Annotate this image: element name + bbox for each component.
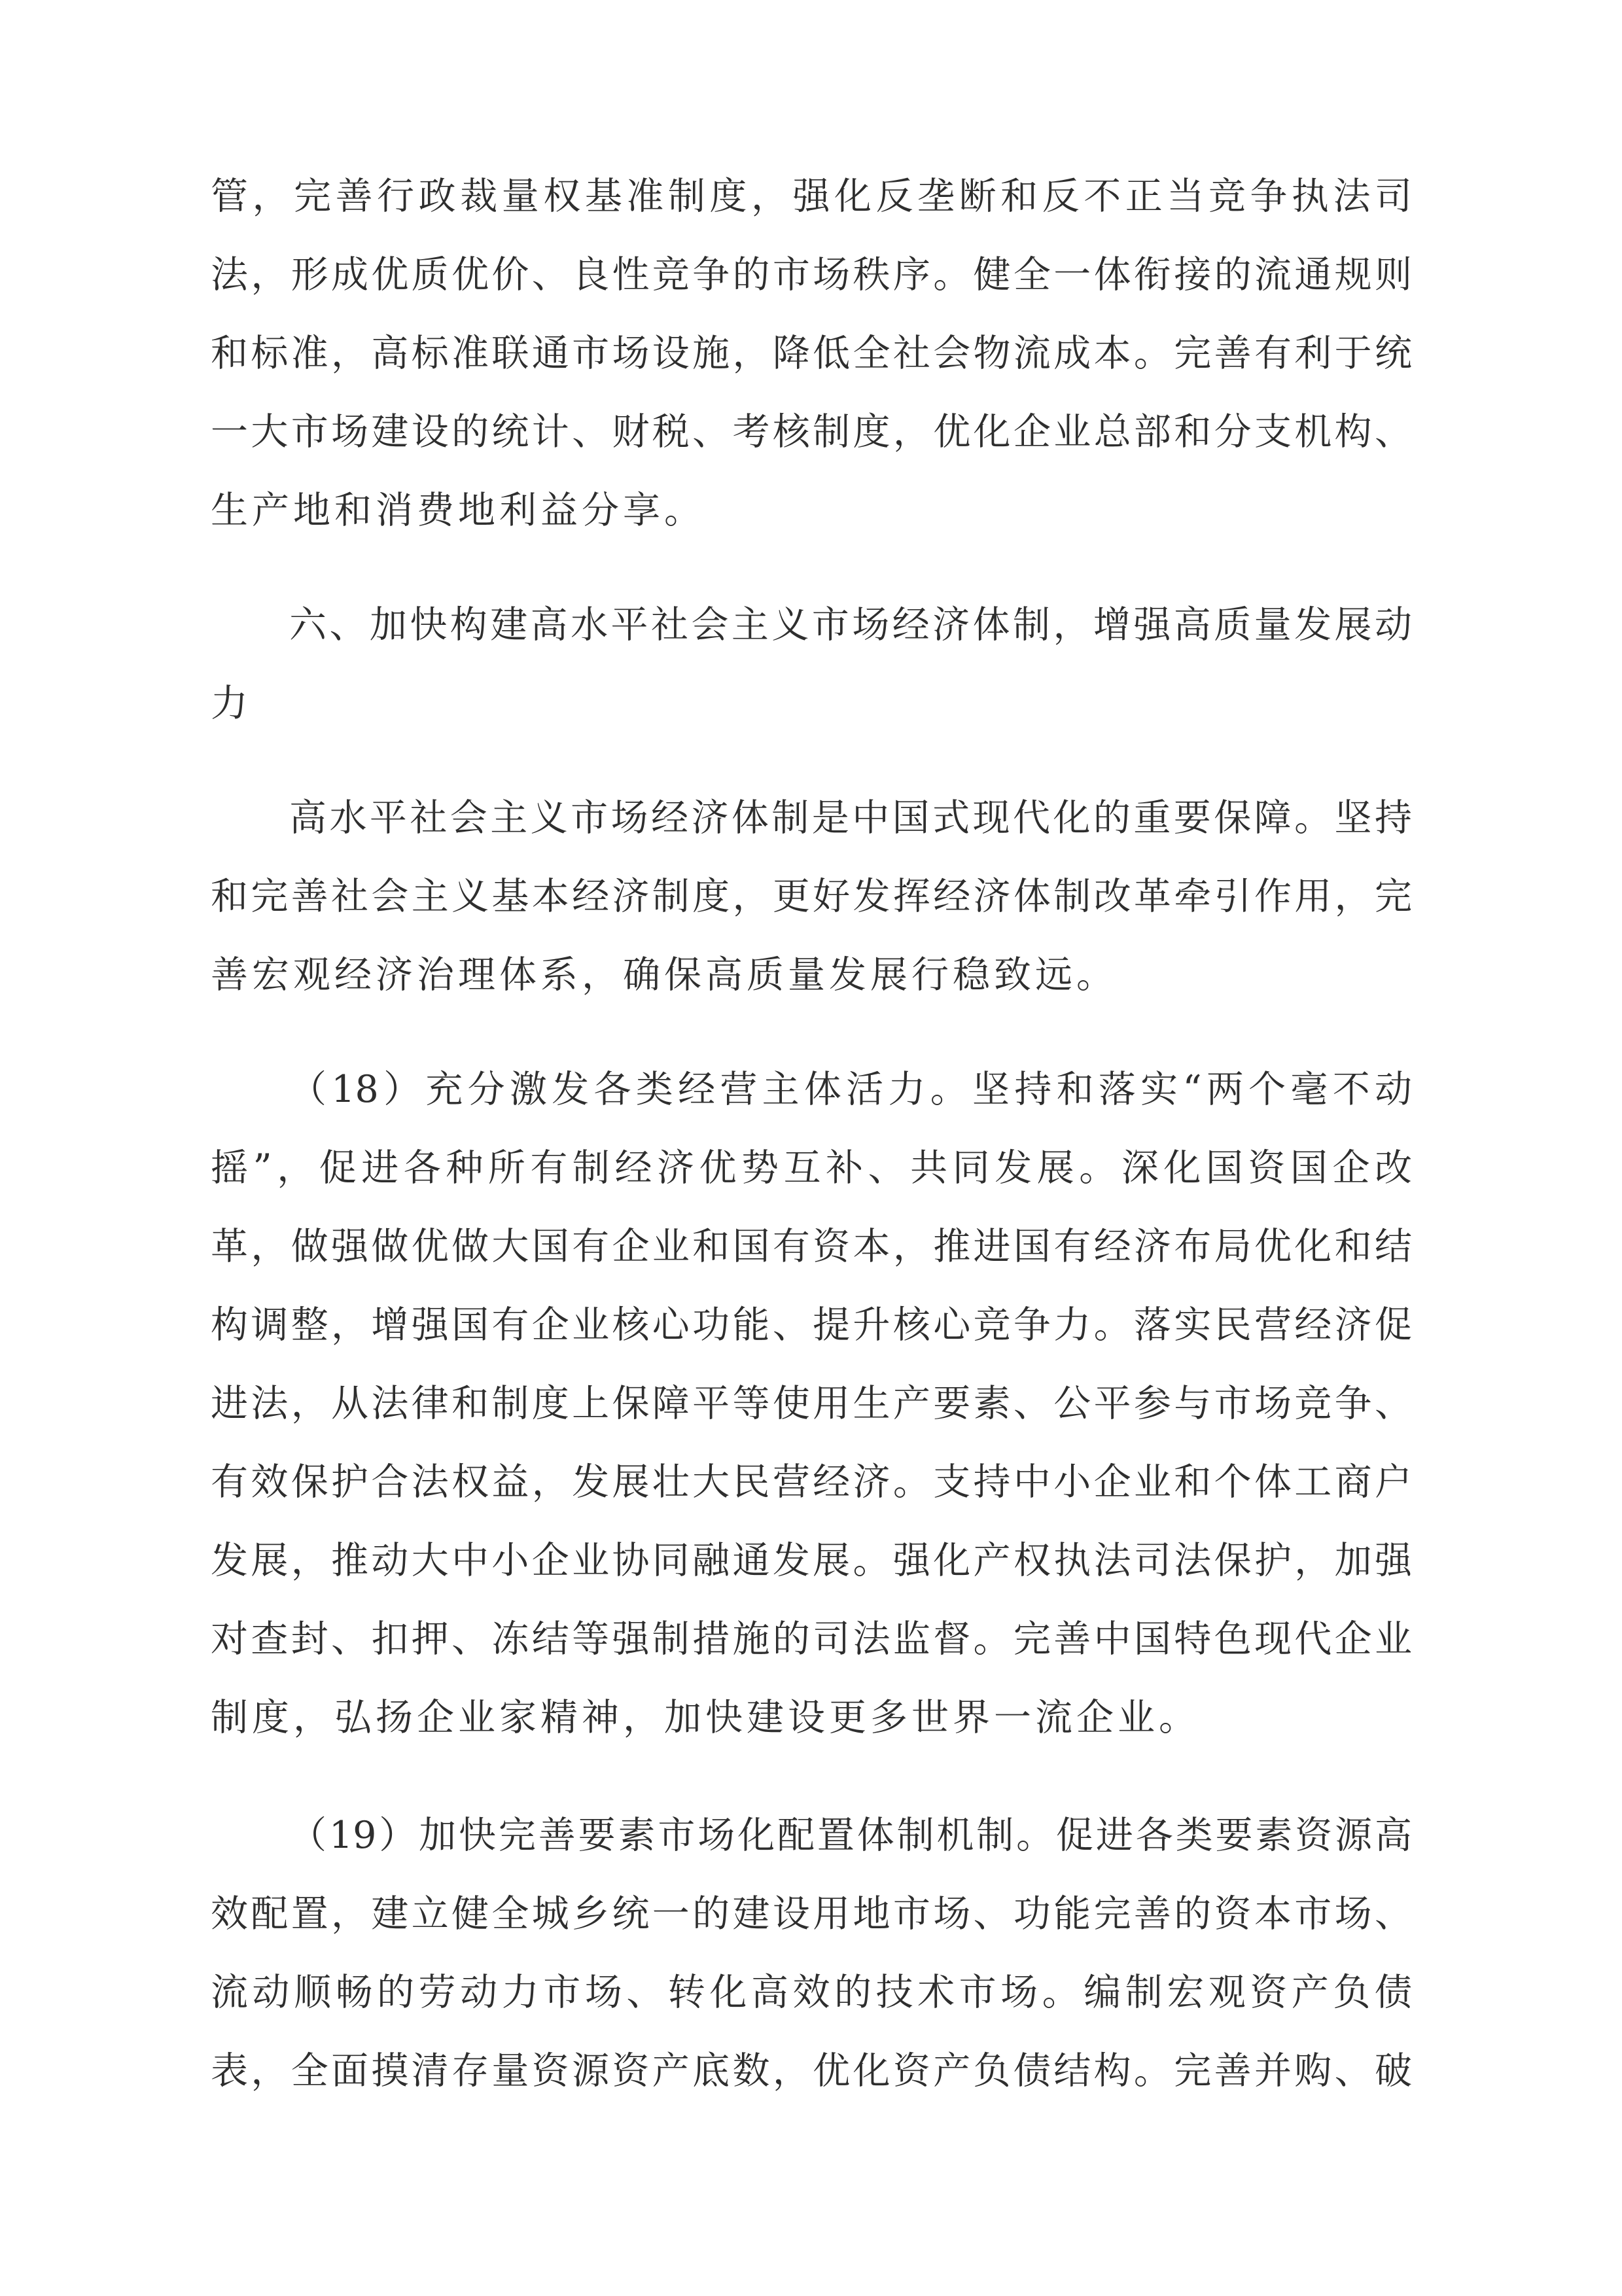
text-line: 管，完善行政裁量权基准制度，强化反垄断和反不正当竞争执法司 bbox=[211, 170, 1412, 222]
text-line: 表，全面摸清存量资源资产底数，优化资产负债结构。完善并购、破 bbox=[211, 2045, 1412, 2097]
text-line: 善宏观经济治理体系，确保高质量发展行稳致远。 bbox=[211, 949, 1118, 1001]
text-line: （19）加快完善要素市场化配置体制机制。促进各类要素资源高 bbox=[211, 1809, 1412, 1862]
text-line: 发展，推动大中小企业协同融通发展。强化产权执法司法保护，加强 bbox=[211, 1534, 1412, 1587]
text-line: 摇”，促进各种所有制经济优势互补、共同发展。深化国资国企改 bbox=[211, 1142, 1412, 1194]
text-line: 法，形成优质优价、良性竞争的市场秩序。健全一体衔接的流通规则 bbox=[211, 249, 1412, 301]
text-line: 生产地和消费地利益分享。 bbox=[211, 484, 705, 537]
text-line: 构调整，增强国有企业核心功能、提升核心竞争力。落实民营经济促 bbox=[211, 1299, 1412, 1351]
heading-line: 力 bbox=[211, 677, 252, 730]
text-line: 一大市场建设的统计、财税、考核制度，优化企业总部和分支机构、 bbox=[211, 406, 1412, 458]
text-line: 和完善社会主义基本经济制度，更好发挥经济体制改革牵引作用，完 bbox=[211, 870, 1412, 923]
text-line: 流动顺畅的劳动力市场、转化高效的技术市场。编制宏观资产负债 bbox=[211, 1966, 1412, 2019]
heading-line: 六、加快构建高水平社会主义市场经济体制，增强高质量发展动 bbox=[211, 599, 1412, 651]
text-line: 高水平社会主义市场经济体制是中国式现代化的重要保障。坚持 bbox=[211, 792, 1412, 844]
text-line: 和标准，高标准联通市场设施，降低全社会物流成本。完善有利于统 bbox=[211, 327, 1412, 380]
text-line: 革，做强做优做大国有企业和国有资本，推进国有经济布局优化和结 bbox=[211, 1220, 1412, 1273]
text-line: 对查封、扣押、冻结等强制措施的司法监督。完善中国特色现代企业 bbox=[211, 1613, 1412, 1665]
text-line: （18）充分激发各类经营主体活力。坚持和落实“两个毫不动 bbox=[211, 1063, 1412, 1116]
text-line: 效配置，建立健全城乡统一的建设用地市场、功能完善的资本市场、 bbox=[211, 1888, 1412, 1940]
text-line: 制度，弘扬企业家精神，加快建设更多世界一流企业。 bbox=[211, 1691, 1200, 1744]
text-line: 进法，从法律和制度上保障平等使用生产要素、公平参与市场竞争、 bbox=[211, 1377, 1412, 1430]
text-line: 有效保护合法权益，发展壮大民营经济。支持中小企业和个体工商户 bbox=[211, 1456, 1412, 1508]
